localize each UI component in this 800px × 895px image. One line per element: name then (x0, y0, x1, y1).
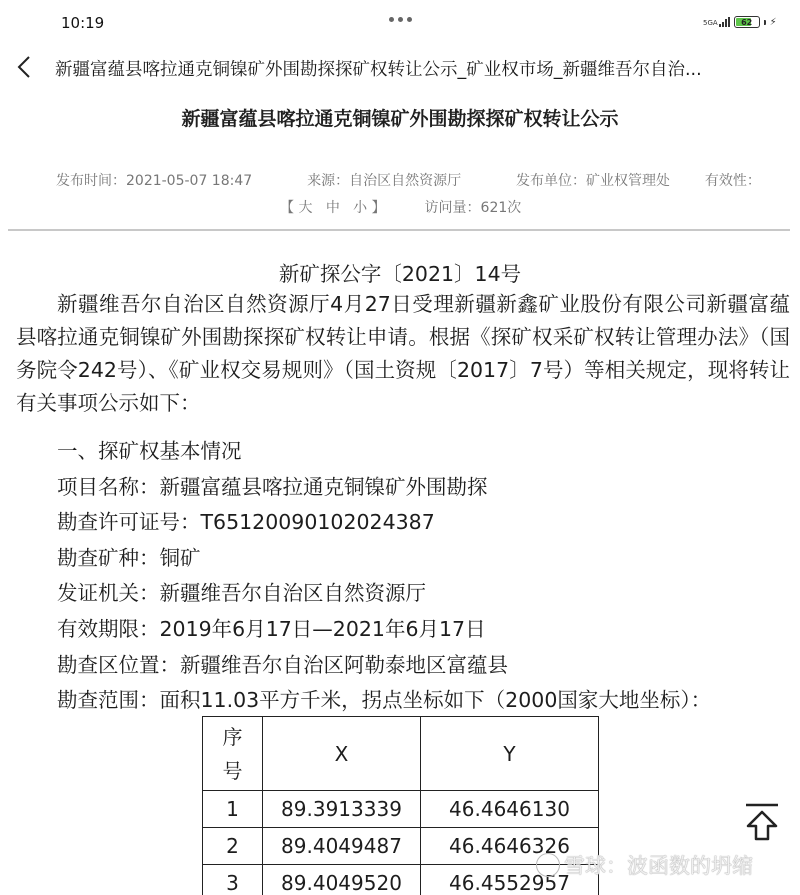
status-indicators: 5GA 62 ⚡ (703, 16, 777, 28)
bracket-close: 】 (372, 200, 386, 216)
publish-time-label: 发布时间： (56, 170, 126, 190)
article-meta-row2: 【 大 中 小 】 访问量：621次 (280, 197, 521, 217)
intro-paragraph: 新疆维吾尔自治区自然资源厅4月27日受理新疆新鑫矿业股份有限公司新疆富蕴县喀拉通… (16, 288, 790, 420)
network-type: 5GA (703, 20, 718, 27)
font-size-large[interactable]: 大 (298, 200, 312, 216)
field-project-name: 项目名称：新疆富蕴县喀拉通克铜镍矿外围勘探 (57, 470, 488, 500)
field-license-number: 勘查许可证号：T65120090102024387 (57, 505, 435, 535)
publish-time: 2021-05-07 18:47 (126, 173, 252, 189)
field-validity-period: 有效期限：2019年6月17日—2021年6月17日 (57, 612, 486, 642)
divider (8, 229, 790, 231)
views-label: 访问量： (425, 200, 481, 216)
signal-icon: 5GA (703, 17, 730, 27)
validity-label: 有效性： (705, 170, 761, 190)
cell-seq: 3 (203, 865, 263, 895)
back-button[interactable] (12, 52, 38, 82)
publisher: 矿业权管理处 (586, 170, 670, 190)
chevron-left-icon (12, 52, 38, 82)
back-to-top-button[interactable] (744, 802, 780, 844)
publisher-label: 发布单位： (516, 170, 586, 190)
section-heading: 一、探矿权基本情况 (57, 434, 242, 464)
view-count: 621次 (481, 200, 522, 216)
table-row: 1 89.3913339 46.4646130 (203, 791, 599, 828)
cell-y: 46.4646130 (421, 791, 599, 828)
bracket-open: 【 (280, 200, 294, 216)
font-size-medium[interactable]: 中 (326, 200, 340, 216)
battery-level: 62 (736, 18, 758, 27)
header-x: X (263, 717, 421, 791)
status-time: 10:19 (61, 14, 104, 32)
header-y: Y (421, 717, 599, 791)
cell-x: 89.4049520 (263, 865, 421, 895)
watermark: 雪球：波函数的坍缩 (536, 850, 753, 880)
font-size-control: 【 大 中 小 】 (280, 200, 390, 216)
battery-icon: 62 (734, 16, 760, 28)
nav-bar: 新疆富蕴县喀拉通克铜镍矿外围勘探探矿权转让公示_矿业权市场_新疆维吾尔自治... (0, 44, 800, 90)
cell-seq: 1 (203, 791, 263, 828)
source: 自治区自然资源厅 (349, 170, 461, 190)
article-meta: 发布时间：2021-05-07 18:47 来源：自治区自然资源厅 发布单位：矿… (56, 170, 761, 190)
font-size-small[interactable]: 小 (353, 200, 367, 216)
header-seq: 序号 (203, 717, 263, 791)
cell-x: 89.4049487 (263, 828, 421, 865)
field-scope: 勘查范围：面积11.03平方千米，拐点坐标如下（2000国家大地坐标）： (57, 683, 711, 713)
more-dots-icon[interactable] (389, 17, 412, 22)
page-title: 新疆富蕴县喀拉通克铜镍矿外围勘探探矿权转让公示_矿业权市场_新疆维吾尔自治... (55, 56, 785, 81)
snowball-logo-icon (536, 853, 560, 877)
source-label: 来源： (307, 170, 349, 190)
field-issuing-authority: 发证机关：新疆维吾尔自治区自然资源厅 (57, 576, 426, 606)
document-number: 新矿探公字〔2021〕14号 (0, 257, 800, 287)
field-location: 勘查区位置：新疆维吾尔自治区阿勒泰地区富蕴县 (57, 648, 508, 678)
watermark-text: 雪球：波函数的坍缩 (564, 850, 753, 880)
arrow-up-to-top-icon (744, 802, 780, 844)
status-bar: 10:19 5GA 62 ⚡ (0, 0, 800, 44)
battery-cap (764, 20, 766, 25)
cell-seq: 2 (203, 828, 263, 865)
field-mineral-type: 勘查矿种：铜矿 (57, 541, 201, 571)
article-title: 新疆富蕴县喀拉通克铜镍矿外围勘探探矿权转让公示 (0, 104, 800, 131)
cell-x: 89.3913339 (263, 791, 421, 828)
charging-icon: ⚡ (770, 17, 777, 28)
table-header-row: 序号 X Y (203, 717, 599, 791)
